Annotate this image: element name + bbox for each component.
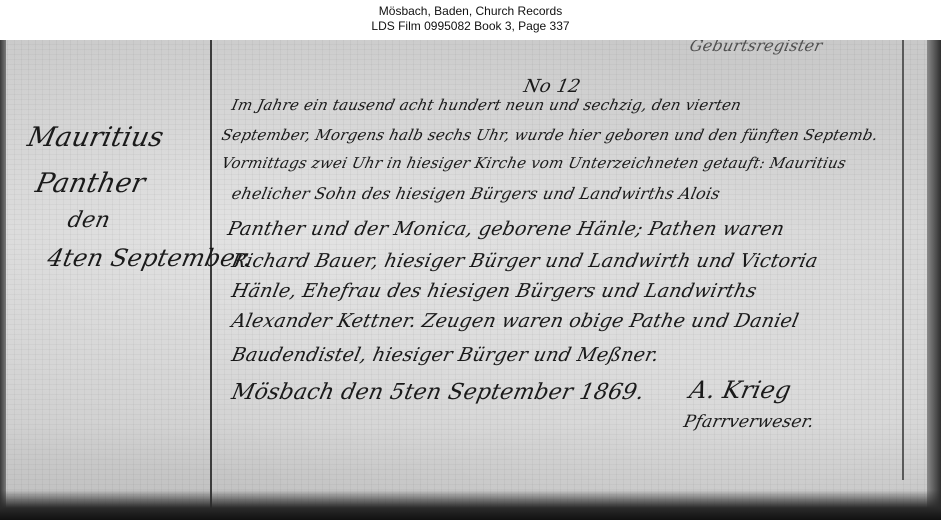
header-title-line1: Mösbach, Baden, Church Records — [0, 4, 941, 19]
page-bottom-shadow — [0, 490, 941, 520]
body-line-6: Richard Bauer, hiesiger Bürger und Landw… — [230, 250, 820, 272]
page-right-shadow — [927, 40, 941, 520]
right-rule-line — [902, 40, 904, 480]
body-line-5: Panther und der Monica, geborene Hänle; … — [226, 218, 787, 240]
signature-name: A. Krieg — [687, 376, 794, 404]
body-line-2: September, Morgens halb sechs Uhr, wurde… — [220, 126, 880, 144]
body-line-3: Vormittags zwei Uhr in hiesiger Kirche v… — [220, 154, 848, 172]
signature-title: Pfarrverweser. — [682, 412, 816, 432]
body-line-8: Alexander Kettner. Zeugen waren obige Pa… — [230, 310, 801, 332]
body-line-1: Im Jahre ein tausend acht hundert neun u… — [230, 96, 743, 114]
record-closing-date: Mösbach den 5ten September 1869. — [229, 380, 646, 405]
record-number: No 12 — [522, 76, 583, 97]
body-line-4: ehelicher Sohn des hiesigen Bürgers und … — [230, 184, 722, 203]
margin-den: den — [65, 208, 112, 233]
margin-date: 4ten September. — [45, 244, 255, 272]
page-left-edge — [0, 40, 6, 520]
margin-given-name: Mauritius — [25, 122, 167, 153]
header-title-line2: LDS Film 0995082 Book 3, Page 337 — [0, 19, 941, 34]
body-line-7: Hänle, Ehefrau des hiesigen Bürgers und … — [230, 280, 759, 302]
top-right-fragment: Geburtsregister — [688, 40, 824, 55]
scanned-record-image: Geburtsregister No 12 Mauritius Panther … — [0, 40, 941, 520]
body-line-9: Baudendistel, hiesiger Bürger und Meßner… — [230, 344, 661, 366]
margin-rule-line — [210, 40, 212, 520]
page-header: Mösbach, Baden, Church Records LDS Film … — [0, 0, 941, 40]
margin-surname: Panther — [33, 168, 149, 199]
